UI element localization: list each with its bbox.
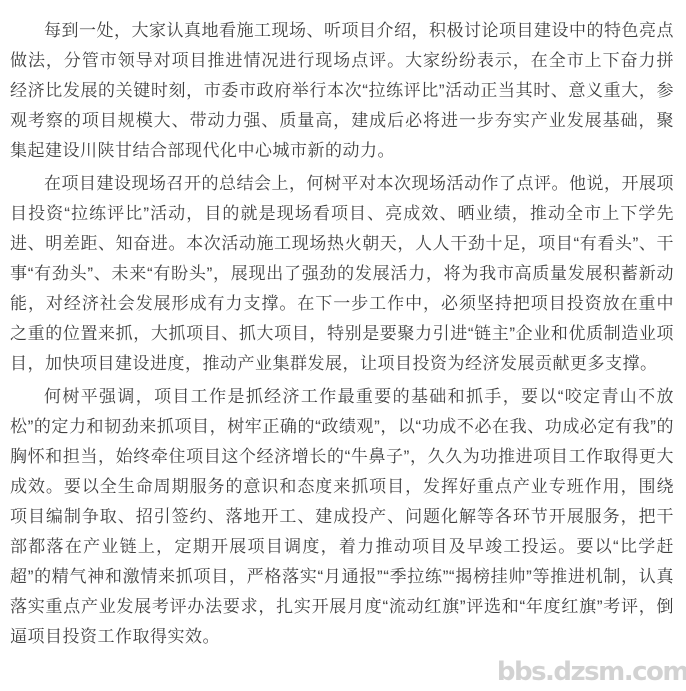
paragraph-2: 在项目建设现场召开的总结会上，何树平对本次现场活动作了点评。他说，开展项目投资“… <box>10 169 674 379</box>
paragraph-3: 何树平强调，项目工作是抓经济工作最重要的基础和抓手，要以“咬定青山不放松”的定力… <box>10 382 674 652</box>
site-watermark: bbs.dzsm.com <box>497 657 686 687</box>
article-body: 每到一处，大家认真地看施工现场、听项目介绍，积极讨论项目建设中的特色亮点做法，分… <box>10 16 674 655</box>
paragraph-1: 每到一处，大家认真地看施工现场、听项目介绍，积极讨论项目建设中的特色亮点做法，分… <box>10 16 674 166</box>
